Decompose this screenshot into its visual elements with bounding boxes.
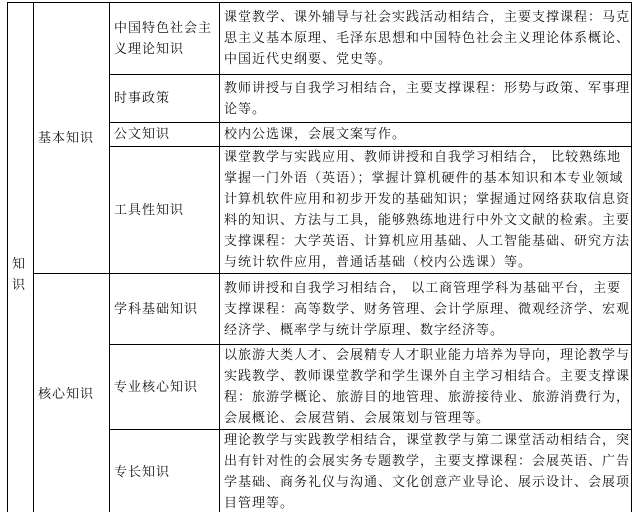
description-cell: 理论教学与实践教学相结合，课堂教学与第二课堂活动相结合，突出有针对性的会展实务专… — [220, 430, 632, 512]
description-text: 教师讲授和自我学习相结合， 以工商管理学科为基础平台，主要支撑课程：高等数学、财… — [224, 281, 630, 338]
category-cell: 中国特色社会主义理论知识 — [110, 3, 220, 75]
description-cell: 课堂教学与实践应用、教师讲授和自我学习相结合， 比较熟练地掌握一门外语（英语）；… — [220, 147, 632, 274]
table-row: 知识 基本知识 中国特色社会主义理论知识 课堂教学、课外辅导与社会实践活动相结合… — [8, 3, 632, 75]
group-label-cell: 核心知识 — [34, 274, 110, 512]
description-text: 课堂教学、课外辅导与社会实践活动相结合，主要支撑课程：马克思主义基本原理、毛泽东… — [224, 10, 630, 67]
description-cell: 课堂教学、课外辅导与社会实践活动相结合，主要支撑课程：马克思主义基本原理、毛泽东… — [220, 3, 632, 75]
knowledge-curriculum-table: 知识 基本知识 中国特色社会主义理论知识 课堂教学、课外辅导与社会实践活动相结合… — [7, 2, 632, 512]
category-label: 专长知识 — [114, 465, 170, 480]
category-cell: 时事政策 — [110, 75, 220, 123]
description-text: 教师讲授与自我学习相结合，主要支撑课程：形势与政策、军事理论等。 — [224, 81, 630, 117]
group-label-basic: 基本知识 — [38, 131, 94, 146]
description-text: 理论教学与实践教学相结合，课堂教学与第二课堂活动相结合，突出有针对性的会展实务专… — [224, 433, 630, 511]
category-cell: 专长知识 — [110, 430, 220, 512]
description-text: 以旅游大类人才、会展精专人才职业能力培养为导向，理论教学与实践教学、教师课堂教学… — [224, 348, 630, 426]
level1-label: 知识 — [12, 257, 26, 293]
category-label: 专业核心知识 — [114, 380, 198, 395]
category-label: 时事政策 — [114, 91, 170, 106]
description-text: 校内公选课，会展文案写作。 — [224, 127, 406, 142]
table-row: 核心知识 学科基础知识 教师讲授和自我学习相结合， 以工商管理学科为基础平台，主… — [8, 274, 632, 345]
level1-cell: 知识 — [8, 3, 34, 512]
category-cell: 公文知识 — [110, 123, 220, 147]
category-label: 中国特色社会主义理论知识 — [114, 21, 212, 57]
category-cell: 专业核心知识 — [110, 345, 220, 430]
group-label-cell: 基本知识 — [34, 3, 110, 274]
group-label-core: 核心知识 — [38, 387, 94, 402]
description-cell: 校内公选课，会展文案写作。 — [220, 123, 632, 147]
category-label: 工具性知识 — [114, 203, 184, 218]
description-cell: 教师讲授与自我学习相结合，主要支撑课程：形势与政策、军事理论等。 — [220, 75, 632, 123]
description-cell: 以旅游大类人才、会展精专人才职业能力培养为导向，理论教学与实践教学、教师课堂教学… — [220, 345, 632, 430]
description-text: 课堂教学与实践应用、教师讲授和自我学习相结合， 比较熟练地掌握一门外语（英语）；… — [224, 150, 630, 270]
category-cell: 工具性知识 — [110, 147, 220, 274]
description-cell: 教师讲授和自我学习相结合， 以工商管理学科为基础平台，主要支撑课程：高等数学、财… — [220, 274, 632, 345]
category-cell: 学科基础知识 — [110, 274, 220, 345]
category-label: 公文知识 — [114, 127, 170, 142]
category-label: 学科基础知识 — [114, 302, 198, 317]
